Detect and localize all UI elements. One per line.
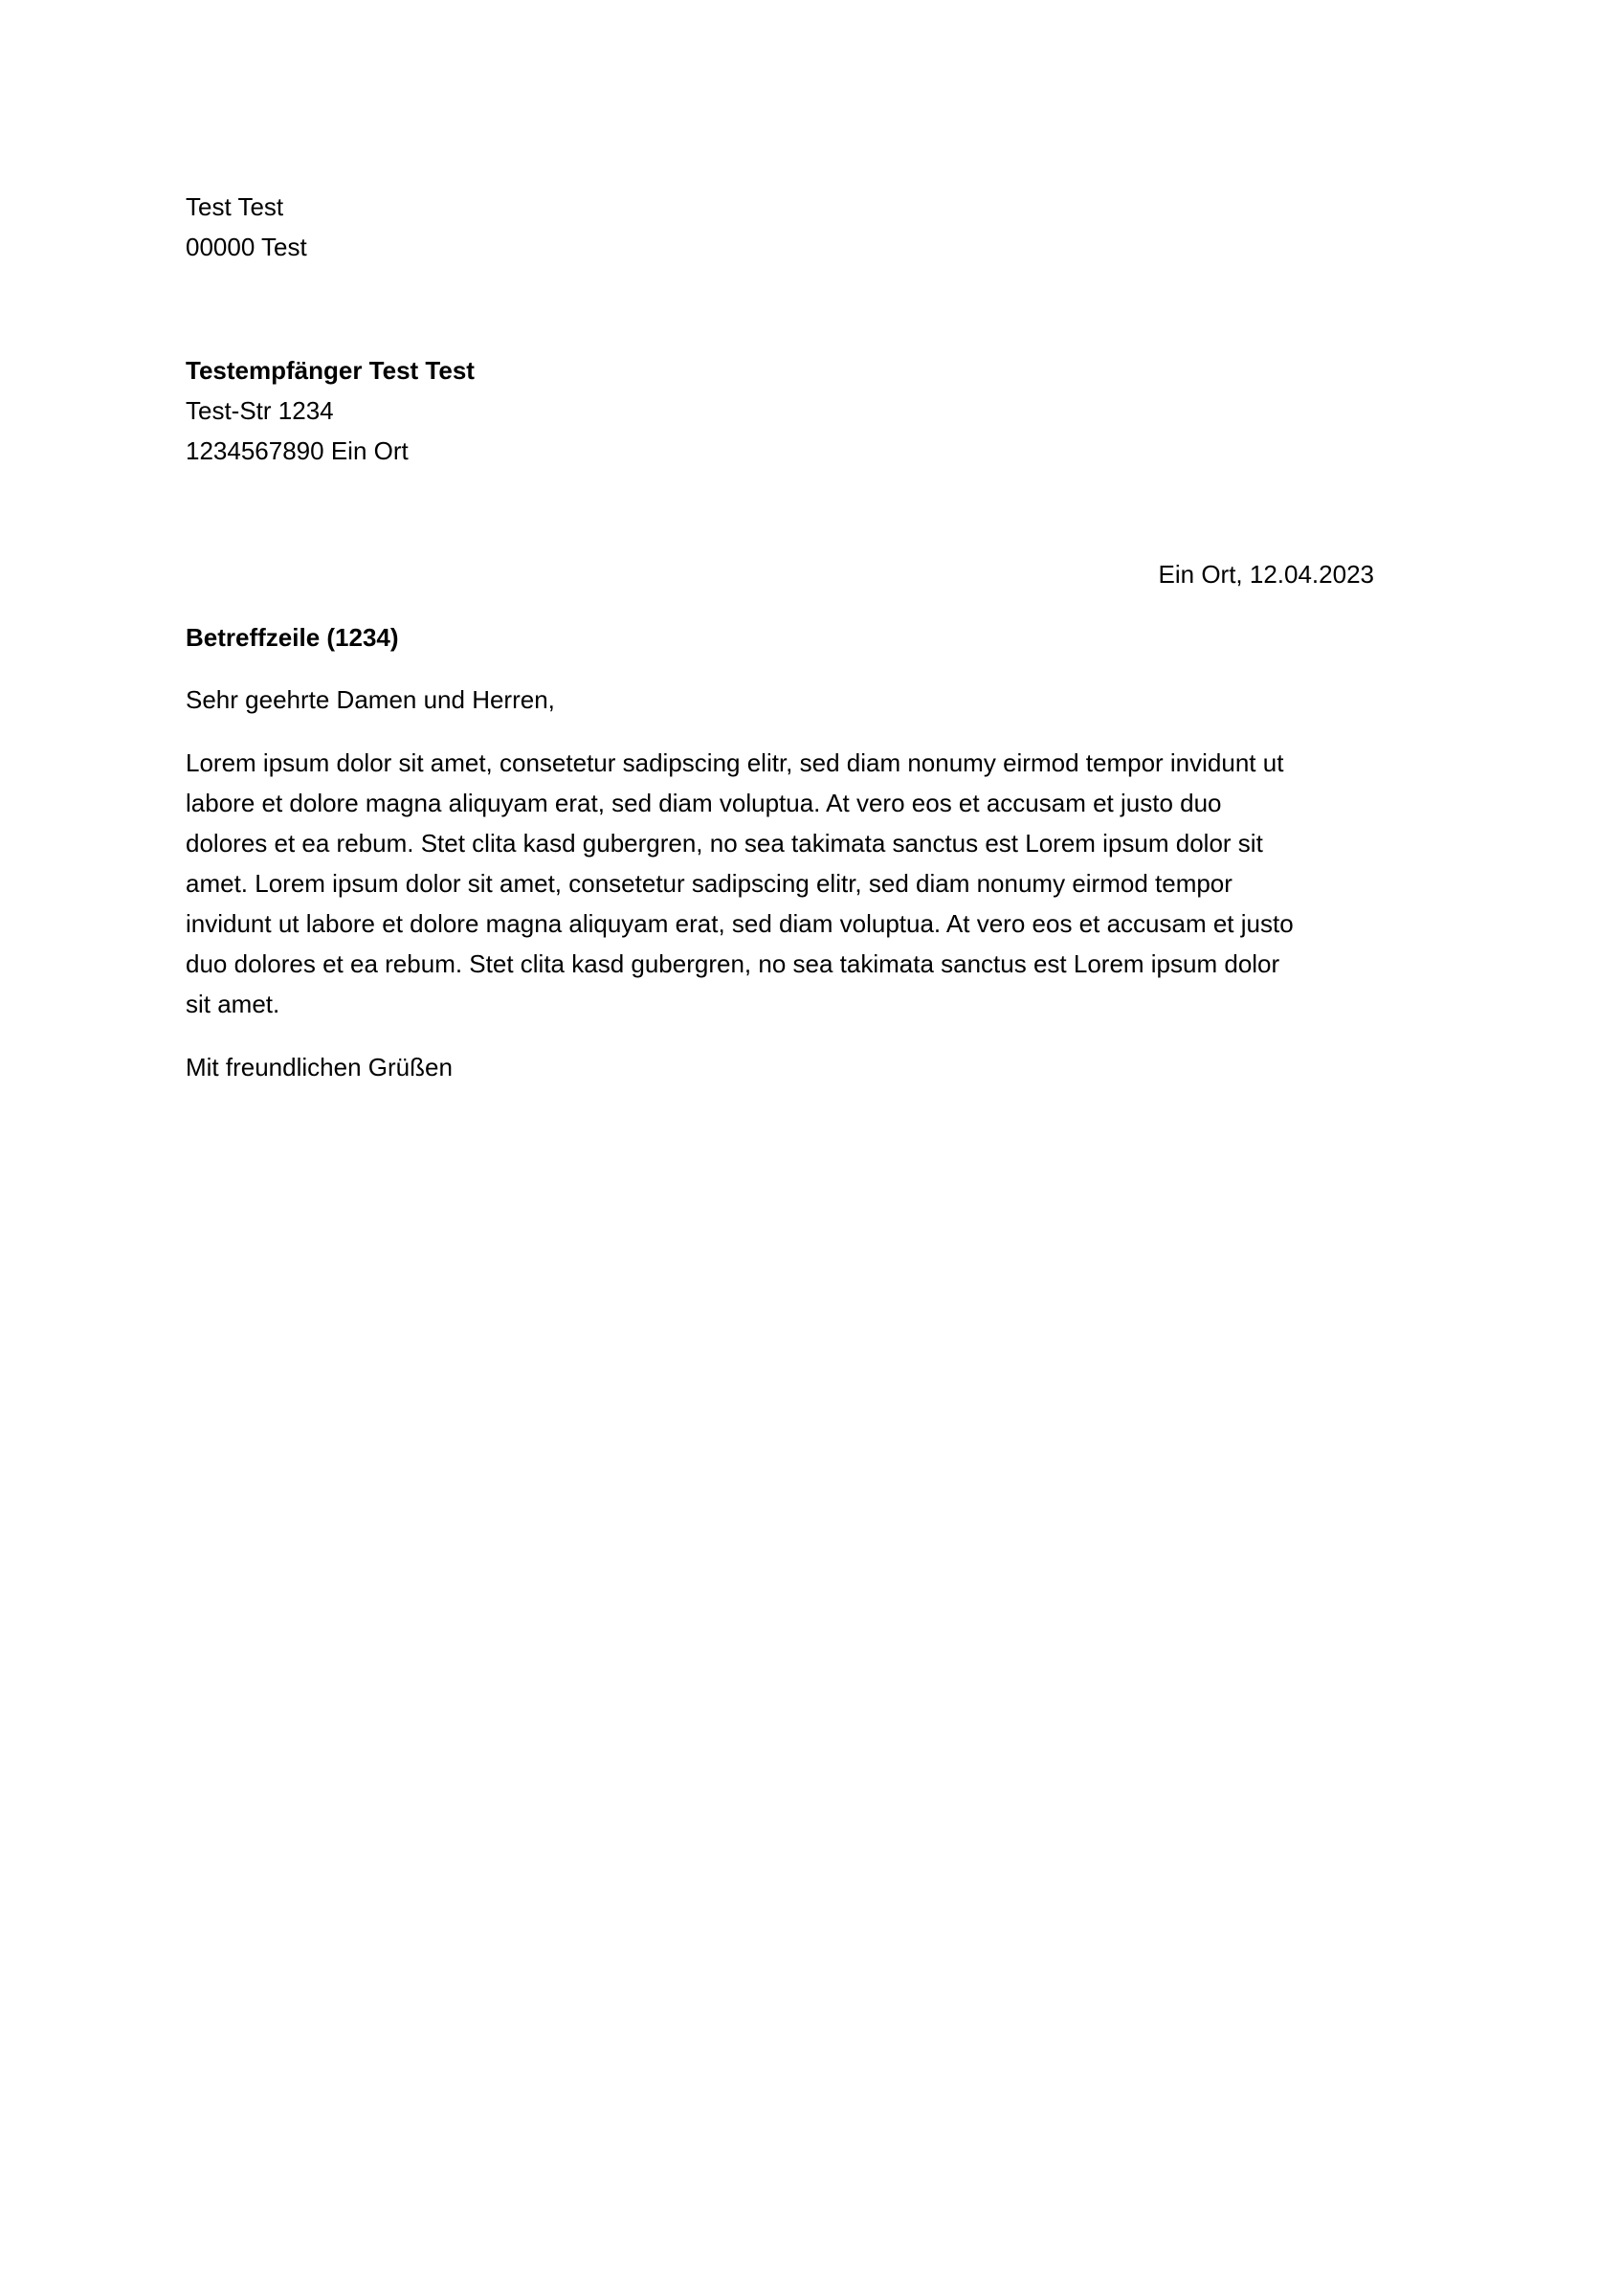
recipient-city: 1234567890 Ein Ort (186, 431, 475, 471)
recipient-address: Testempfänger Test Test Test-Str 1234 12… (186, 350, 475, 471)
subject-line: Betreffzeile (1234) (186, 617, 399, 658)
sender-name: Test Test (186, 187, 307, 227)
sender-address: Test Test 00000 Test (186, 187, 307, 267)
body-line: labore et dolore magna aliquyam erat, se… (186, 783, 1382, 823)
body-line: sit amet. (186, 984, 1382, 1024)
body-line: duo dolores et ea rebum. Stet clita kasd… (186, 944, 1382, 984)
body-line: Lorem ipsum dolor sit amet, consetetur s… (186, 743, 1382, 783)
sender-city: 00000 Test (186, 227, 307, 267)
salutation: Sehr geehrte Damen und Herren, (186, 680, 555, 720)
body-line: amet. Lorem ipsum dolor sit amet, conset… (186, 863, 1382, 903)
body-line: dolores et ea rebum. Stet clita kasd gub… (186, 823, 1382, 863)
closing: Mit freundlichen Grüßen (186, 1047, 453, 1087)
date-line: Ein Ort, 12.04.2023 (1159, 554, 1374, 594)
recipient-name: Testempfänger Test Test (186, 350, 475, 390)
body-line: invidunt ut labore et dolore magna aliqu… (186, 903, 1382, 944)
body-paragraph: Lorem ipsum dolor sit amet, consetetur s… (186, 743, 1382, 1024)
recipient-street: Test-Str 1234 (186, 390, 475, 431)
letter-page: Test Test 00000 Test Testempfänger Test … (0, 0, 1621, 2296)
